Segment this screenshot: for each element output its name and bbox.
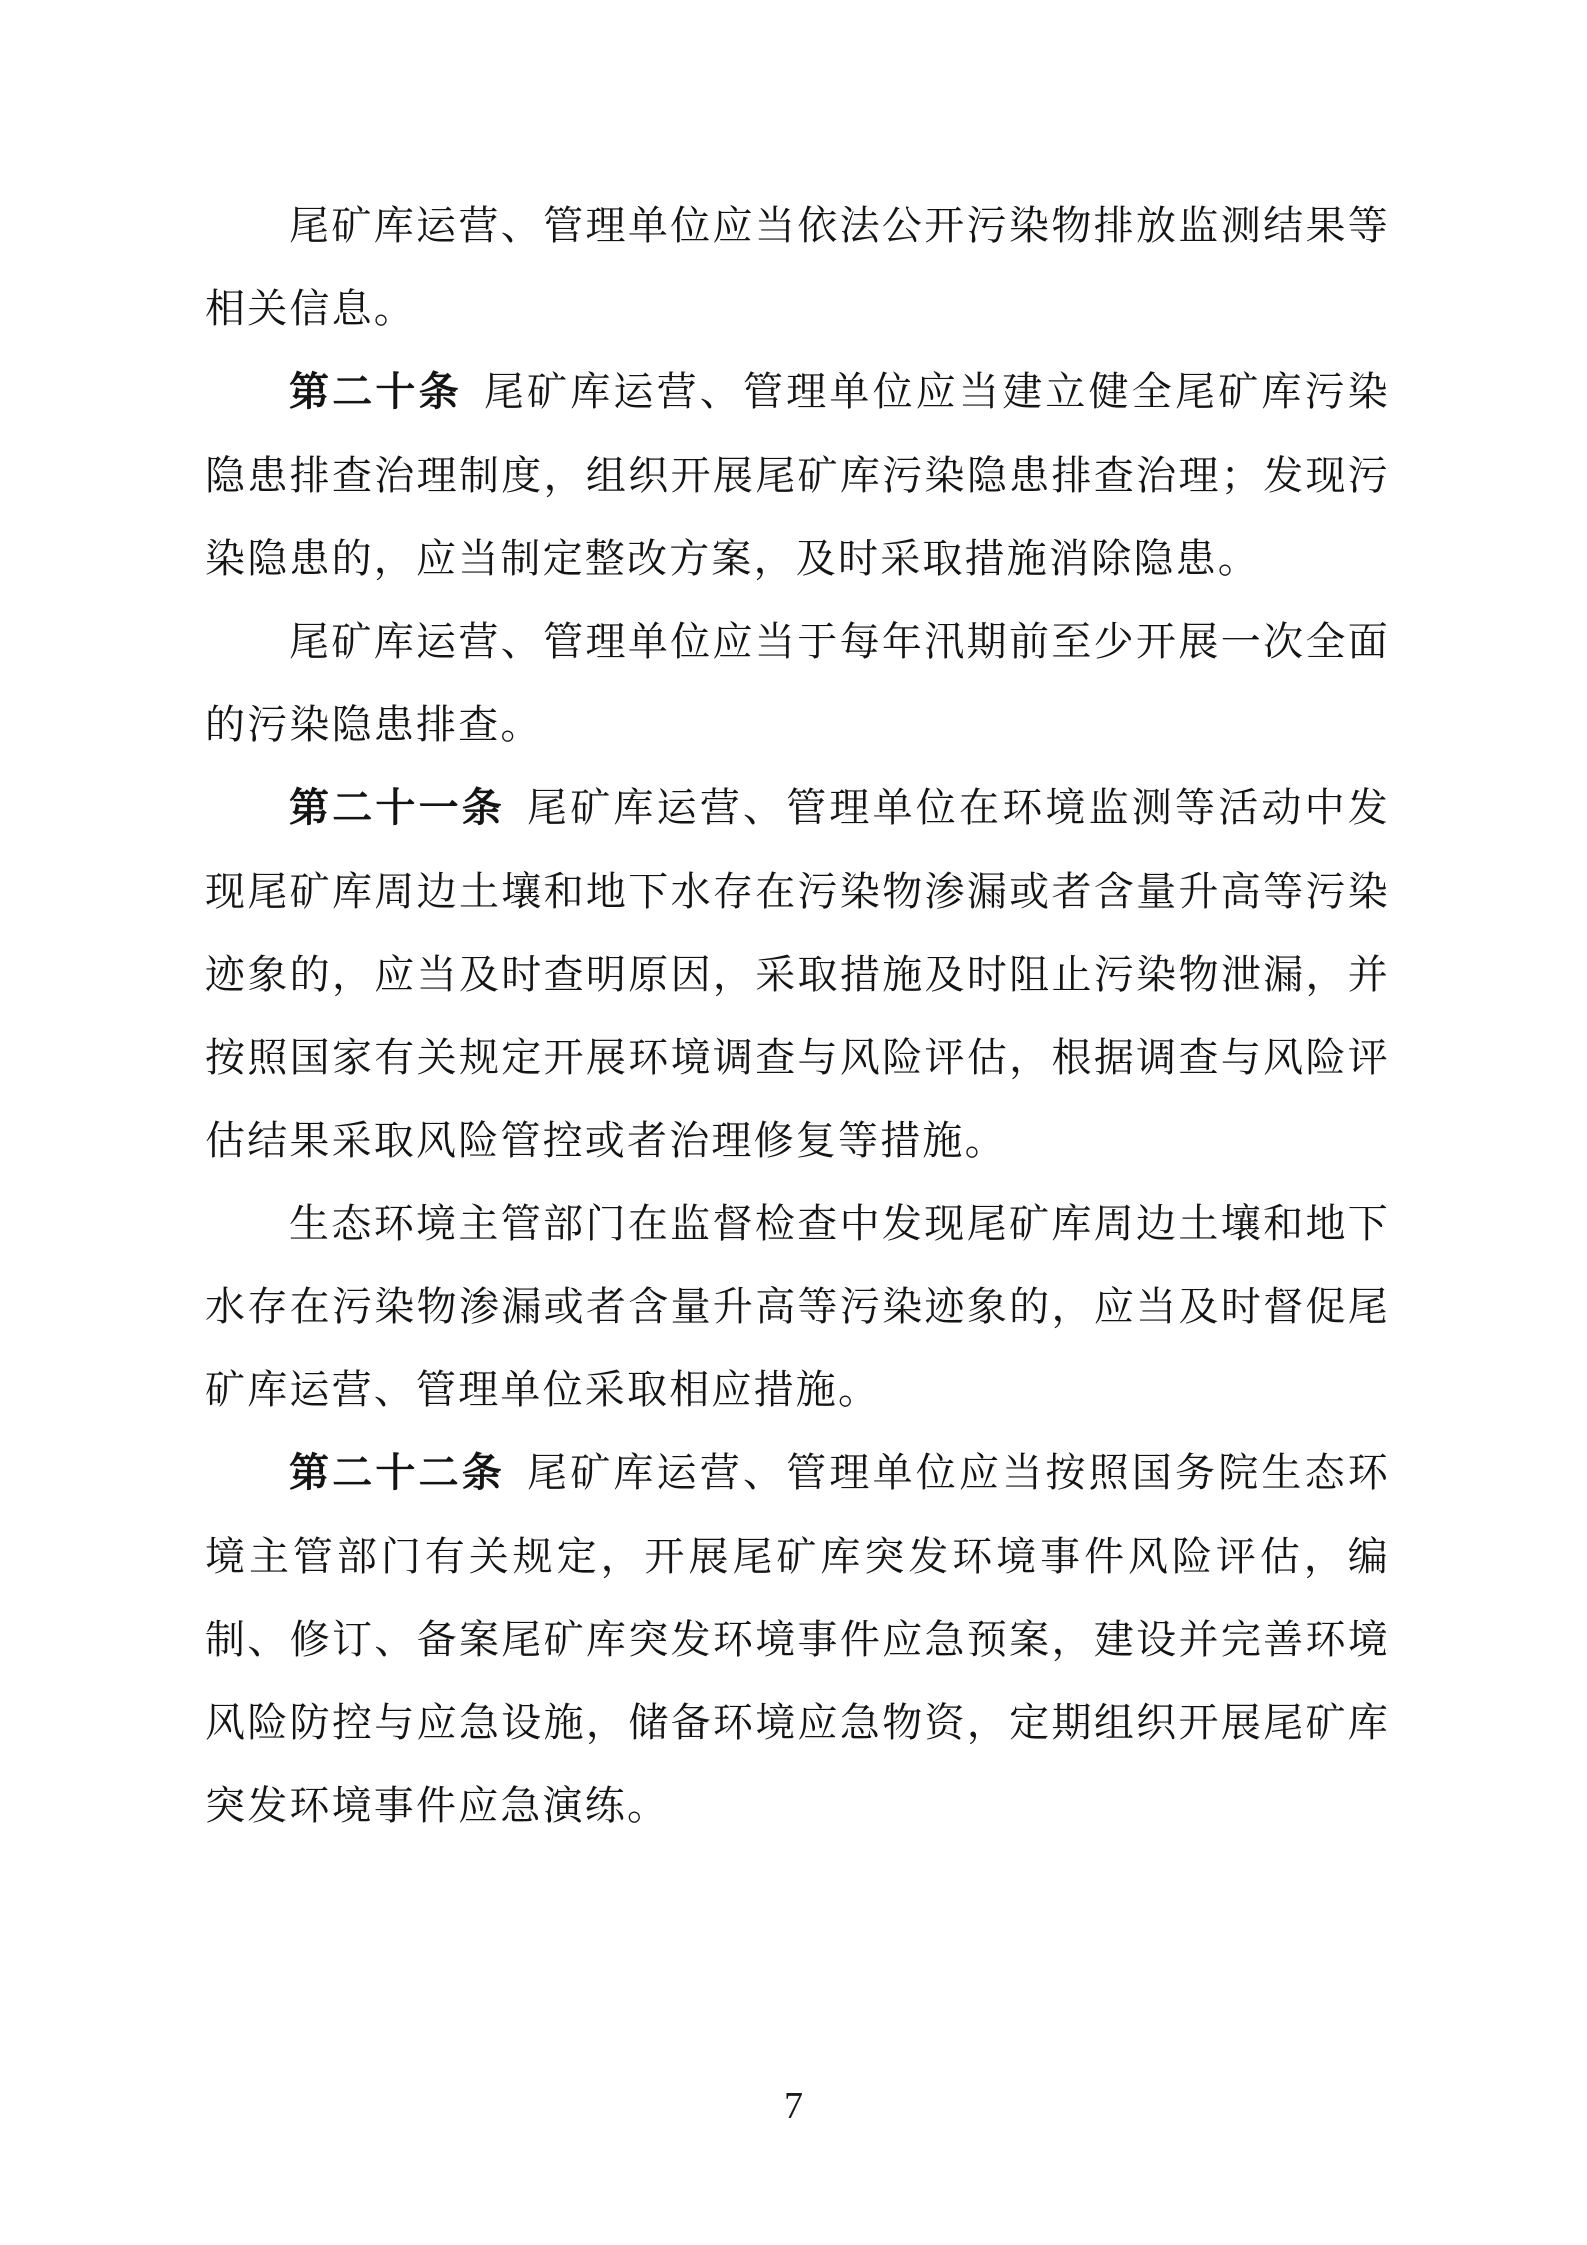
article-number: 第二十条: [289, 370, 462, 414]
paragraph-text: 尾矿库运营、管理单位应当依法公开污染物排放监测结果等相关信息。: [205, 203, 1390, 331]
paragraph-text: 生态环境主管部门在监督检查中发现尾矿库周边土壤和地下水存在污染物渗漏或者含量升高…: [205, 1201, 1390, 1412]
paragraph: 尾矿库运营、管理单位应当依法公开污染物排放监测结果等相关信息。: [205, 184, 1390, 350]
paragraph: 第二十条尾矿库运营、管理单位应当建立健全尾矿库污染隐患排查治理制度，组织开展尾矿…: [205, 350, 1390, 600]
paragraph-text: 尾矿库运营、管理单位应当按照国务院生态环境主管部门有关规定，开展尾矿库突发环境事…: [205, 1450, 1390, 1828]
document-page: 尾矿库运营、管理单位应当依法公开污染物排放监测结果等相关信息。 第二十条尾矿库运…: [0, 0, 1587, 2245]
paragraph-text: 尾矿库运营、管理单位在环境监测等活动中发现尾矿库周边土壤和地下水存在污染物渗漏或…: [205, 785, 1390, 1163]
paragraph: 尾矿库运营、管理单位应当于每年汛期前至少开展一次全面的污染隐患排查。: [205, 600, 1390, 766]
article-number: 第二十二条: [289, 1451, 505, 1495]
page-number: 7: [0, 2082, 1587, 2130]
paragraph-text: 尾矿库运营、管理单位应当于每年汛期前至少开展一次全面的污染隐患排查。: [205, 619, 1390, 747]
paragraph: 第二十二条尾矿库运营、管理单位应当按照国务院生态环境主管部门有关规定，开展尾矿库…: [205, 1431, 1390, 1847]
document-body: 尾矿库运营、管理单位应当依法公开污染物排放监测结果等相关信息。 第二十条尾矿库运…: [205, 184, 1390, 1847]
article-number: 第二十一条: [289, 786, 505, 830]
paragraph: 生态环境主管部门在监督检查中发现尾矿库周边土壤和地下水存在污染物渗漏或者含量升高…: [205, 1182, 1390, 1431]
paragraph: 第二十一条尾矿库运营、管理单位在环境监测等活动中发现尾矿库周边土壤和地下水存在污…: [205, 766, 1390, 1182]
